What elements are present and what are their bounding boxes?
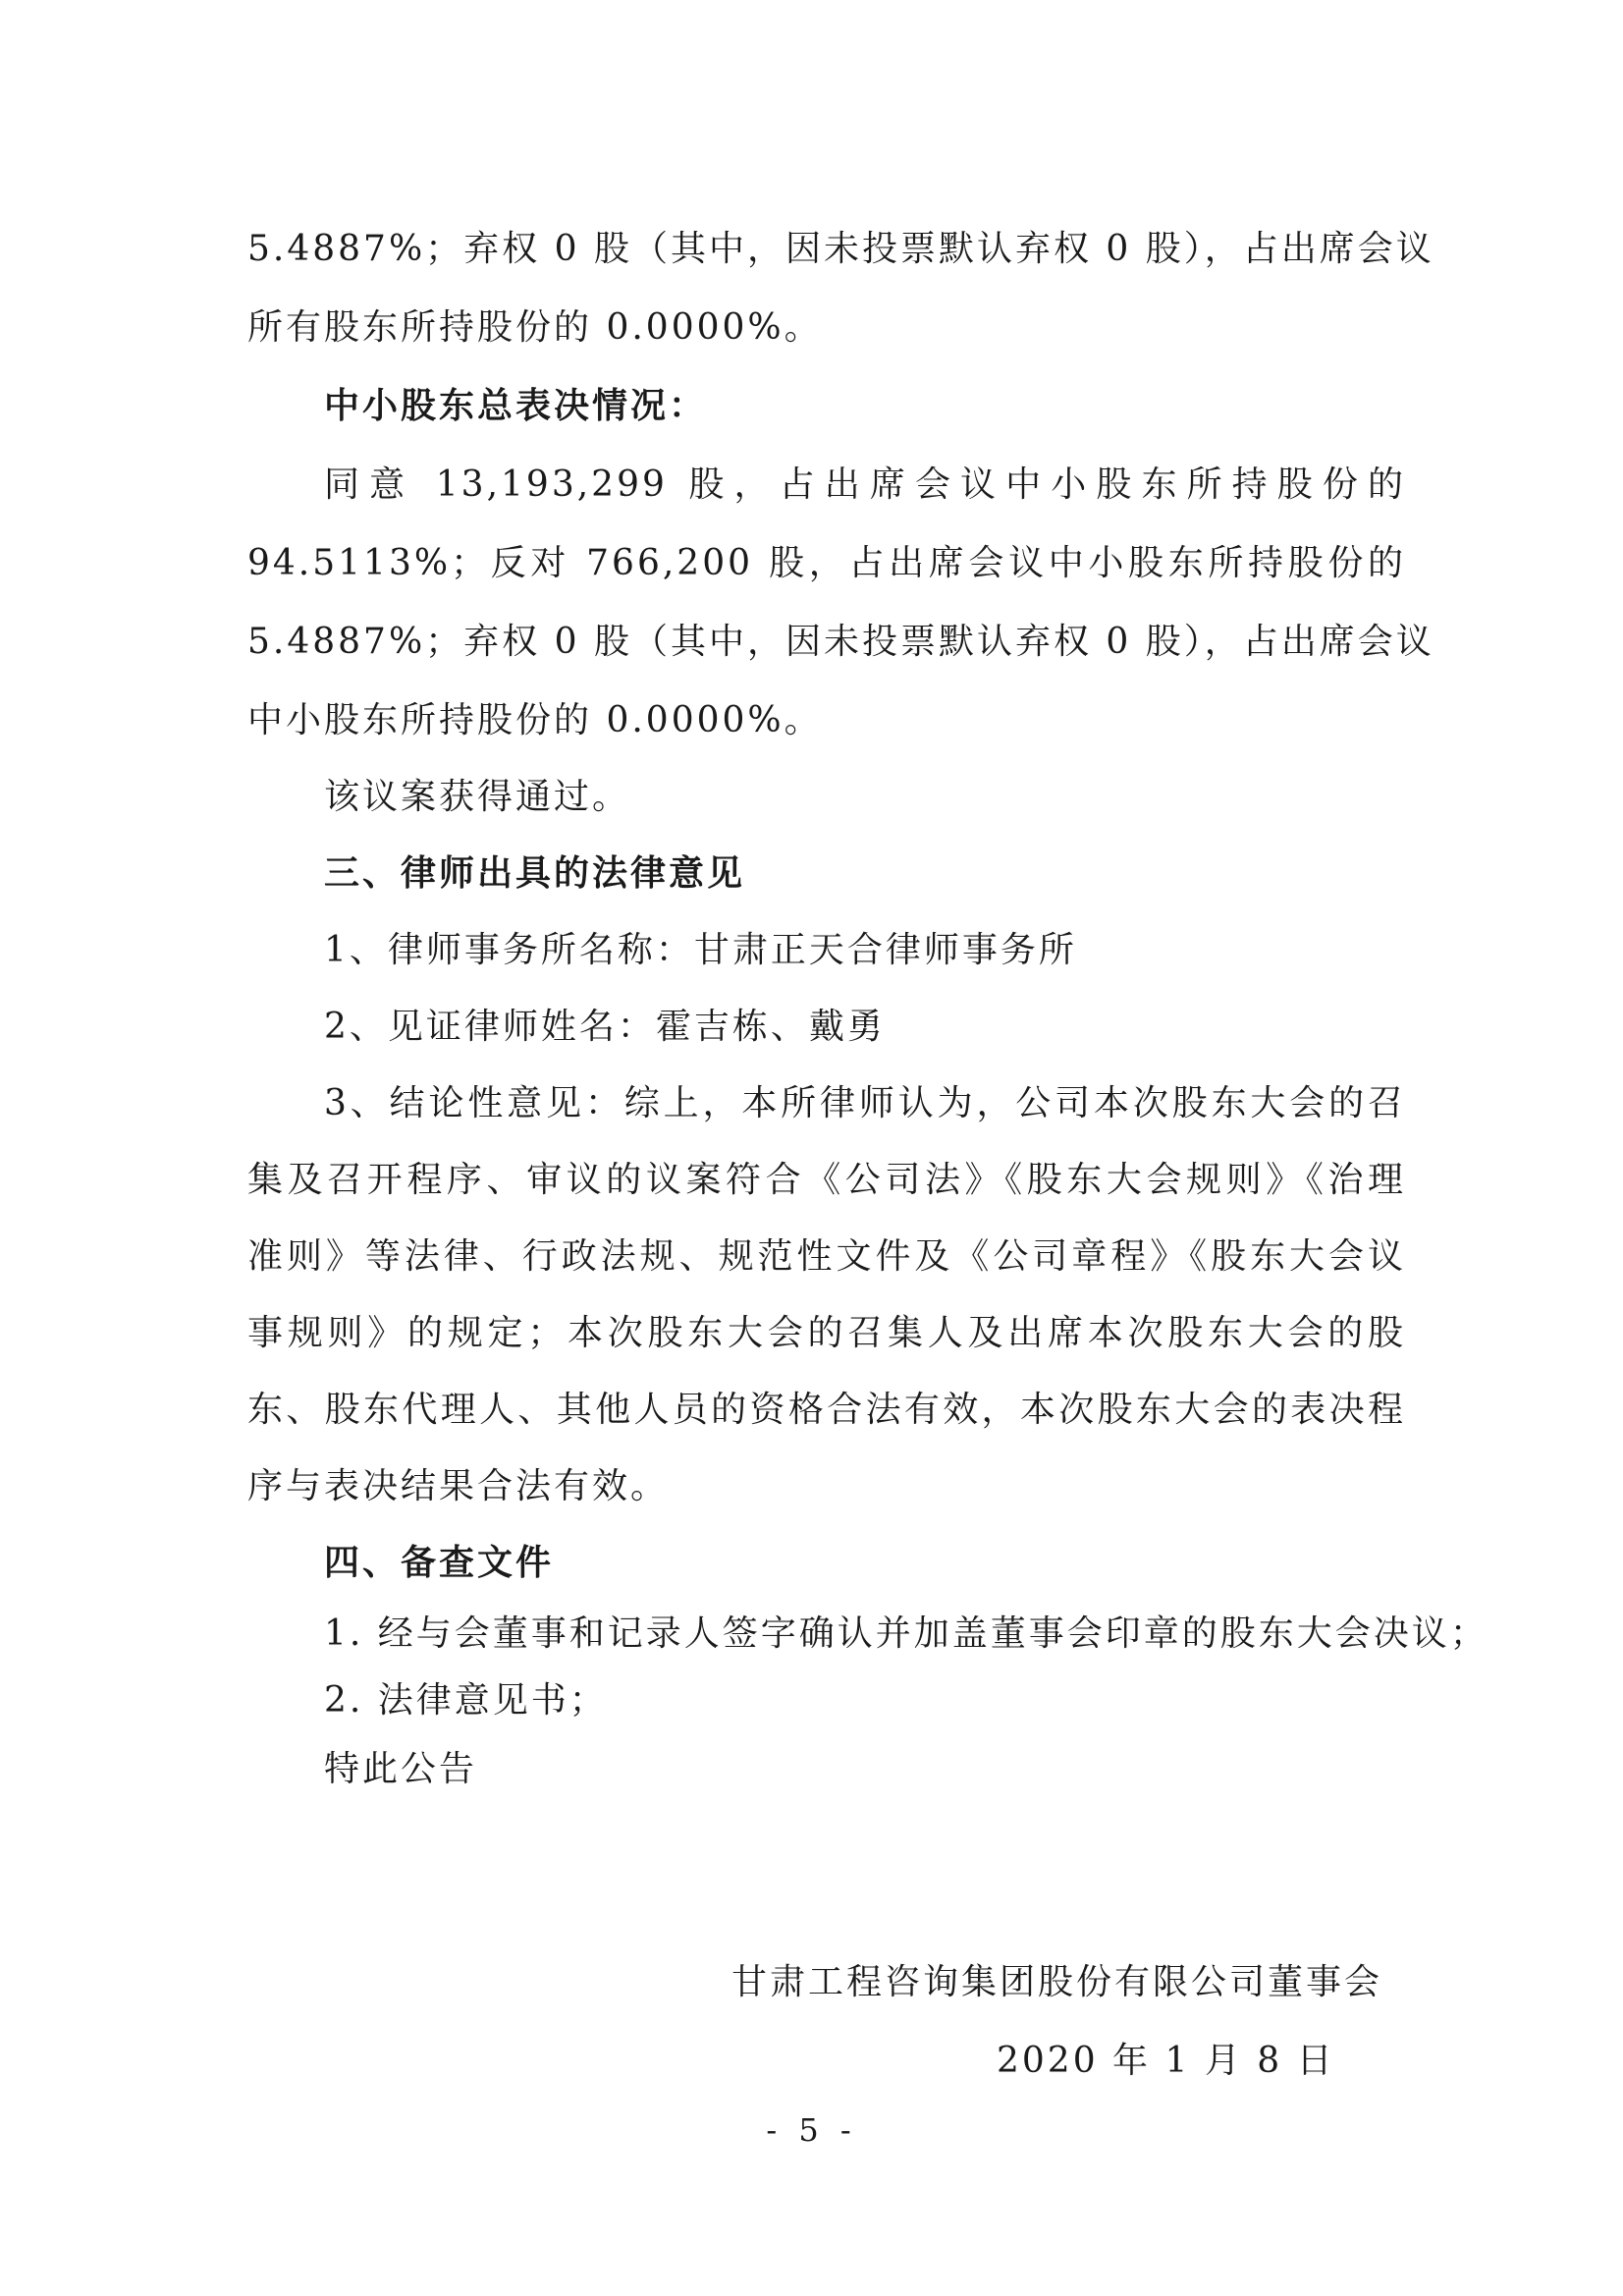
signature-company: 甘肃工程咨询集团股份有限公司董事会	[731, 1959, 1382, 2006]
paragraph-line: 5.4887%；弃权 0 股（其中，因未投票默认弃权 0 股），占出席会议	[247, 619, 1406, 666]
paragraph-line: 序与表决结果合法有效。	[247, 1463, 1406, 1510]
list-item: 2、见证律师姓名：霍吉栋、戴勇	[324, 1004, 1406, 1051]
paragraph-line: 该议案获得通过。	[324, 774, 1406, 821]
paragraph-line: 集及召开程序、审议的议案符合《公司法》《股东大会规则》《治理	[247, 1157, 1406, 1204]
signature-date: 2020 年 1 月 8 日	[997, 2038, 1335, 2085]
paragraph-line: 5.4887%；弃权 0 股（其中，因未投票默认弃权 0 股），占出席会议	[247, 226, 1406, 273]
document-page: 5.4887%；弃权 0 股（其中，因未投票默认弃权 0 股），占出席会议 所有…	[0, 0, 1623, 2296]
closing-text: 特此公告	[324, 1746, 1406, 1793]
paragraph-line: 中小股东所持股份的 0.0000%。	[247, 697, 1406, 744]
list-item: 3、结论性意见：综上，本所律师认为，公司本次股东大会的召	[324, 1080, 1406, 1127]
list-item: 1. 经与会董事和记录人签字确认并加盖董事会印章的股东大会决议；	[324, 1611, 1406, 1658]
paragraph-line: 准则》等法律、行政法规、规范性文件及《公司章程》《股东大会议	[247, 1233, 1406, 1281]
paragraph-line: 同意 13,193,299 股，占出席会议中小股东所持股份的	[324, 462, 1406, 509]
paragraph-line: 事规则》的规定；本次股东大会的召集人及出席本次股东大会的股	[247, 1310, 1406, 1357]
paragraph-line: 东、股东代理人、其他人员的资格合法有效，本次股东大会的表决程	[247, 1387, 1406, 1434]
paragraph-line: 所有股东所持股份的 0.0000%。	[247, 304, 1406, 352]
list-item: 2. 法律意见书；	[324, 1677, 1406, 1724]
section-heading: 三、律师出具的法律意见	[324, 850, 1406, 898]
list-item: 1、律师事务所名称：甘肃正天合律师事务所	[324, 927, 1406, 974]
paragraph-line: 94.5113%；反对 766,200 股，占出席会议中小股东所持股份的	[247, 540, 1406, 587]
page-number: - 5 -	[0, 2111, 1623, 2149]
section-heading: 四、备查文件	[324, 1540, 1406, 1587]
section-subheading: 中小股东总表决情况：	[324, 383, 1406, 430]
